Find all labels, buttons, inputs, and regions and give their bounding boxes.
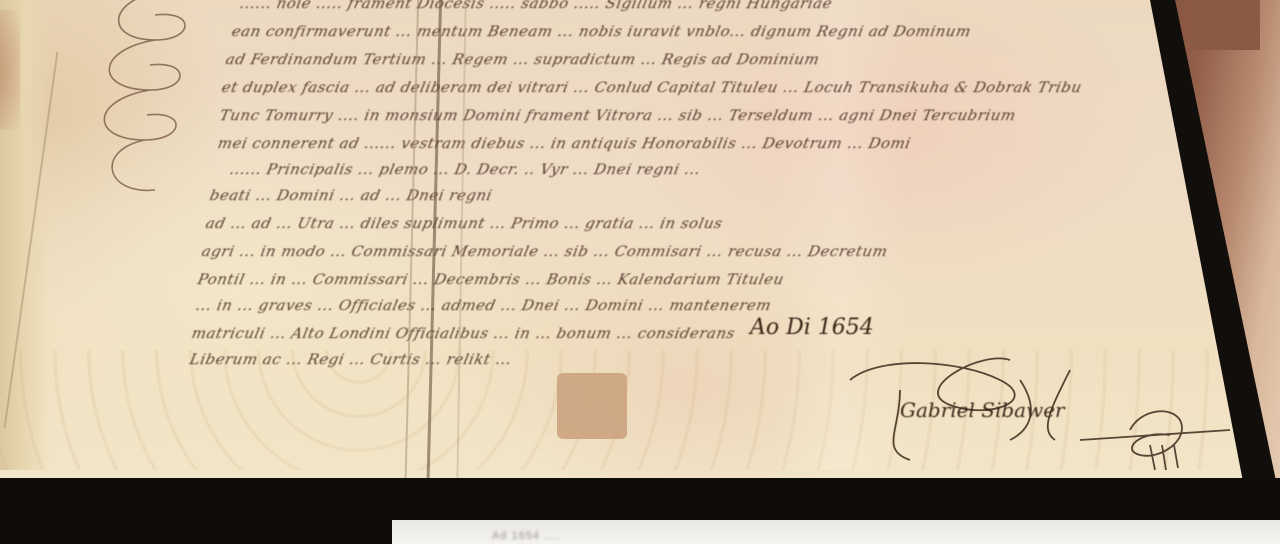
manuscript-line: ... in ... graves ... Officiales ... adm… xyxy=(194,296,773,314)
manuscript-line: agri ... in modo ... Commissari Memorial… xyxy=(200,242,889,260)
manuscript-line: mei connerent ad ...... vestram diebus .… xyxy=(216,134,913,152)
manuscript-line: beati ... Domini ... ad ... Dnei regni xyxy=(208,186,494,204)
manuscript-line: ad ... ad ... Utra ... diles suplimunt .… xyxy=(204,214,724,232)
parchment-stain xyxy=(0,10,20,130)
parchment-document: ...... noie ..... frament Diocesis .....… xyxy=(0,0,1250,482)
manuscript-line: Pontil ... in ... Commissari ... Decembr… xyxy=(196,270,786,288)
manuscript-date: Ao Di 1654 xyxy=(750,315,874,340)
manuscript-line: Tunc Tomurry .... in monsium Domini fram… xyxy=(218,106,1018,124)
photo-scene: ...... noie ..... frament Diocesis .....… xyxy=(0,0,1280,544)
decorative-flourish-icon xyxy=(95,0,215,200)
wax-seal xyxy=(557,373,627,439)
manuscript-line: ean confirmaverunt ... mentum Beneam ...… xyxy=(230,22,973,40)
manuscript-line: Liberum ac ... Regi ... Curtis ... relik… xyxy=(188,350,513,368)
wooden-frame-band xyxy=(1190,0,1260,50)
museum-placard: Ad 1654 .... xyxy=(392,520,1280,544)
manuscript-line: et duplex fascia ... ad deliberam dei vi… xyxy=(220,78,1084,96)
manuscript-line: matriculi ... Alto Londini Officialibus … xyxy=(190,324,737,342)
signature: Gabriel Sibawer xyxy=(900,398,1065,422)
manuscript-line: ...... Principalis ... plemo ... D. Decr… xyxy=(228,160,702,178)
manuscript-line: ad Ferdinandum Tertium ... Regem ... sup… xyxy=(224,50,821,68)
manuscript-line: ...... noie ..... frament Diocesis .....… xyxy=(238,0,834,12)
placard-text: Ad 1654 .... xyxy=(492,530,560,542)
